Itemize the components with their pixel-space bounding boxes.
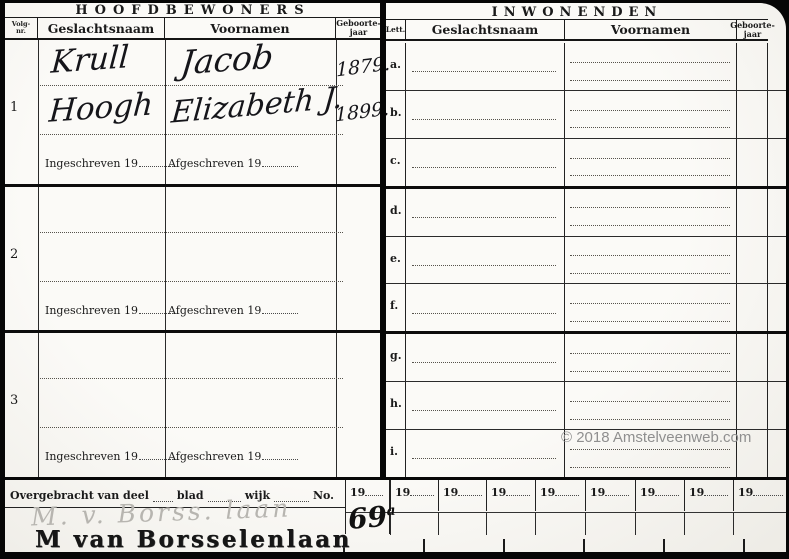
name-dotted-line: [570, 419, 730, 420]
row-letter: f.: [386, 284, 406, 331]
surname-handwriting: Krull: [50, 39, 130, 81]
name-dotted-line: [570, 207, 730, 208]
row-letter: h.: [386, 382, 406, 429]
inwonenden-row-b: b.: [386, 91, 786, 139]
firstname-handwriting: Jacob: [179, 37, 275, 83]
afgeschreven-label: Afgeschreven 19: [168, 449, 298, 463]
name-dotted-line: [40, 134, 343, 135]
year-cell: 19: [585, 480, 635, 511]
name-dotted-line: [570, 110, 730, 111]
year-cell: 19: [535, 480, 585, 511]
name-dotted-line: [412, 119, 556, 120]
row-letter: c.: [386, 139, 406, 186]
inwonenden-row-g: g.: [386, 334, 786, 382]
hoofdbewoners-column-headers: Volg- nr. Geslachtsnaam Voornamen Geboor…: [5, 18, 381, 40]
row-letter: b.: [386, 91, 406, 138]
row-letter: i.: [386, 430, 406, 477]
resident-block-3: 3 Ingeschreven 19 Afgeschreven 19: [5, 333, 381, 477]
voornamen-column-header: Voornamen: [165, 18, 336, 38]
name-dotted-line: [570, 449, 730, 450]
afgeschreven-label: Afgeschreven 19: [168, 303, 298, 317]
geboortejaar-column-header: Geboorte- jaar: [336, 18, 381, 38]
name-dotted-line: [412, 458, 556, 459]
row-letter: a.: [386, 43, 406, 90]
row-letter: e.: [386, 237, 406, 284]
dotted-leader: [458, 486, 482, 496]
voornamen-column-header: Voornamen: [565, 20, 737, 39]
name-dotted-line: [412, 217, 556, 218]
geslachtsnaam-column-header: Geslachtsnaam: [38, 18, 165, 38]
inwonenden-row-e: e.: [386, 237, 786, 285]
name-dotted-line: [40, 378, 343, 379]
name-dotted-line: [570, 467, 730, 468]
geslachtsnaam-column-header: Geslachtsnaam: [406, 20, 565, 39]
name-dotted-line: [570, 175, 730, 176]
dotted-leader: [704, 486, 728, 496]
no-label: No.: [313, 489, 334, 502]
resident-block-1: 1 Krull Jacob 1879. Hoogh Elizabeth J. 1…: [5, 40, 381, 187]
name-dotted-line: [570, 321, 730, 322]
dotted-leader: [605, 486, 629, 496]
year-cell: 19: [486, 480, 535, 511]
block-number: 1: [10, 100, 34, 115]
dotted-leader: [753, 486, 783, 496]
name-dotted-line: [412, 265, 556, 266]
dotted-leader: [262, 449, 298, 460]
volgnr-column-header: Volg- nr.: [5, 18, 38, 38]
copyright-watermark: © 2018 Amstelveenweb.com: [561, 429, 751, 446]
hoofdbewoners-title: HOOFDBEWONERS: [5, 3, 381, 18]
name-dotted-line: [40, 427, 343, 428]
resident-block-2: 2 Ingeschreven 19 Afgeschreven 19: [5, 187, 381, 334]
ingeschreven-label: Ingeschreven 19: [45, 156, 175, 170]
year-cell: 19: [390, 480, 438, 511]
name-dotted-line: [570, 127, 730, 128]
name-dotted-line: [570, 273, 730, 274]
hoofdbewoners-section: HOOFDBEWONERS Volg- nr. Geslachtsnaam Vo…: [5, 3, 381, 477]
ingeschreven-label: Ingeschreven 19: [45, 303, 175, 317]
name-dotted-line: [40, 232, 343, 233]
name-dotted-line: [570, 303, 730, 304]
inwonenden-column-headers: Lett. Geslachtsnaam Voornamen Geboorte- …: [386, 20, 768, 41]
name-dotted-line: [570, 255, 730, 256]
street-name-stamp: M van Borsselenlaan: [35, 526, 352, 552]
name-dotted-line: [412, 167, 556, 168]
name-dotted-line: [570, 353, 730, 354]
register-card: HOOFDBEWONERS Volg- nr. Geslachtsnaam Vo…: [5, 3, 786, 552]
name-dotted-line: [412, 313, 556, 314]
name-dotted-line: [40, 281, 343, 282]
inwonenden-title: INWONENDEN: [386, 3, 768, 20]
name-dotted-line: [570, 80, 730, 81]
row-letter: g.: [386, 334, 406, 381]
name-dotted-line: [412, 71, 556, 72]
name-dotted-line: [570, 401, 730, 402]
inwonenden-row-c: c.: [386, 139, 786, 189]
dotted-leader: [410, 486, 434, 496]
inwonenden-row-d: d.: [386, 189, 786, 237]
name-dotted-line: [412, 410, 556, 411]
dotted-leader: [655, 486, 679, 496]
dotted-leader: [555, 486, 579, 496]
house-number-handwriting: 69a: [347, 499, 398, 536]
dotted-leader: [365, 486, 383, 496]
dotted-leader: [262, 156, 298, 167]
name-dotted-line: [570, 371, 730, 372]
year-cell: 19: [635, 480, 684, 511]
name-dotted-line: [570, 225, 730, 226]
year-cell: 19: [684, 480, 733, 511]
surname-handwriting: Hoogh: [48, 86, 154, 130]
inwonenden-row-f: f.: [386, 284, 786, 334]
lett-column-header: Lett.: [386, 20, 406, 39]
inwonenden-row-h: h.: [386, 382, 786, 430]
inwonenden-row-a: a.: [386, 43, 786, 91]
name-dotted-line: [570, 158, 730, 159]
transfer-footer: Overgebracht van deel blad wijk No. 19 1…: [5, 477, 786, 552]
afgeschreven-label: Afgeschreven 19: [168, 156, 298, 170]
inwonenden-rows: a. b. c. d.: [386, 43, 786, 477]
ingeschreven-label: Ingeschreven 19: [45, 449, 175, 463]
geboortejaar-column-header: Geboorte- jaar: [737, 20, 768, 39]
name-dotted-line: [412, 362, 556, 363]
year-cell: 19: [438, 480, 486, 511]
scanned-register-card: HOOFDBEWONERS Volg- nr. Geslachtsnaam Vo…: [0, 0, 789, 559]
name-dotted-line: [570, 62, 730, 63]
row-letter: d.: [386, 189, 406, 236]
dotted-leader: [506, 486, 530, 496]
block-number: 2: [10, 247, 34, 262]
dotted-leader: [262, 303, 298, 314]
block-number: 3: [10, 393, 34, 408]
inwonenden-section: INWONENDEN Lett. Geslachtsnaam Voornamen…: [386, 3, 786, 477]
year-cell: 19: [733, 480, 786, 511]
firstname-handwriting: Elizabeth J.: [170, 80, 344, 130]
hoofdbewoners-blocks: 1 Krull Jacob 1879. Hoogh Elizabeth J. 1…: [5, 40, 381, 477]
